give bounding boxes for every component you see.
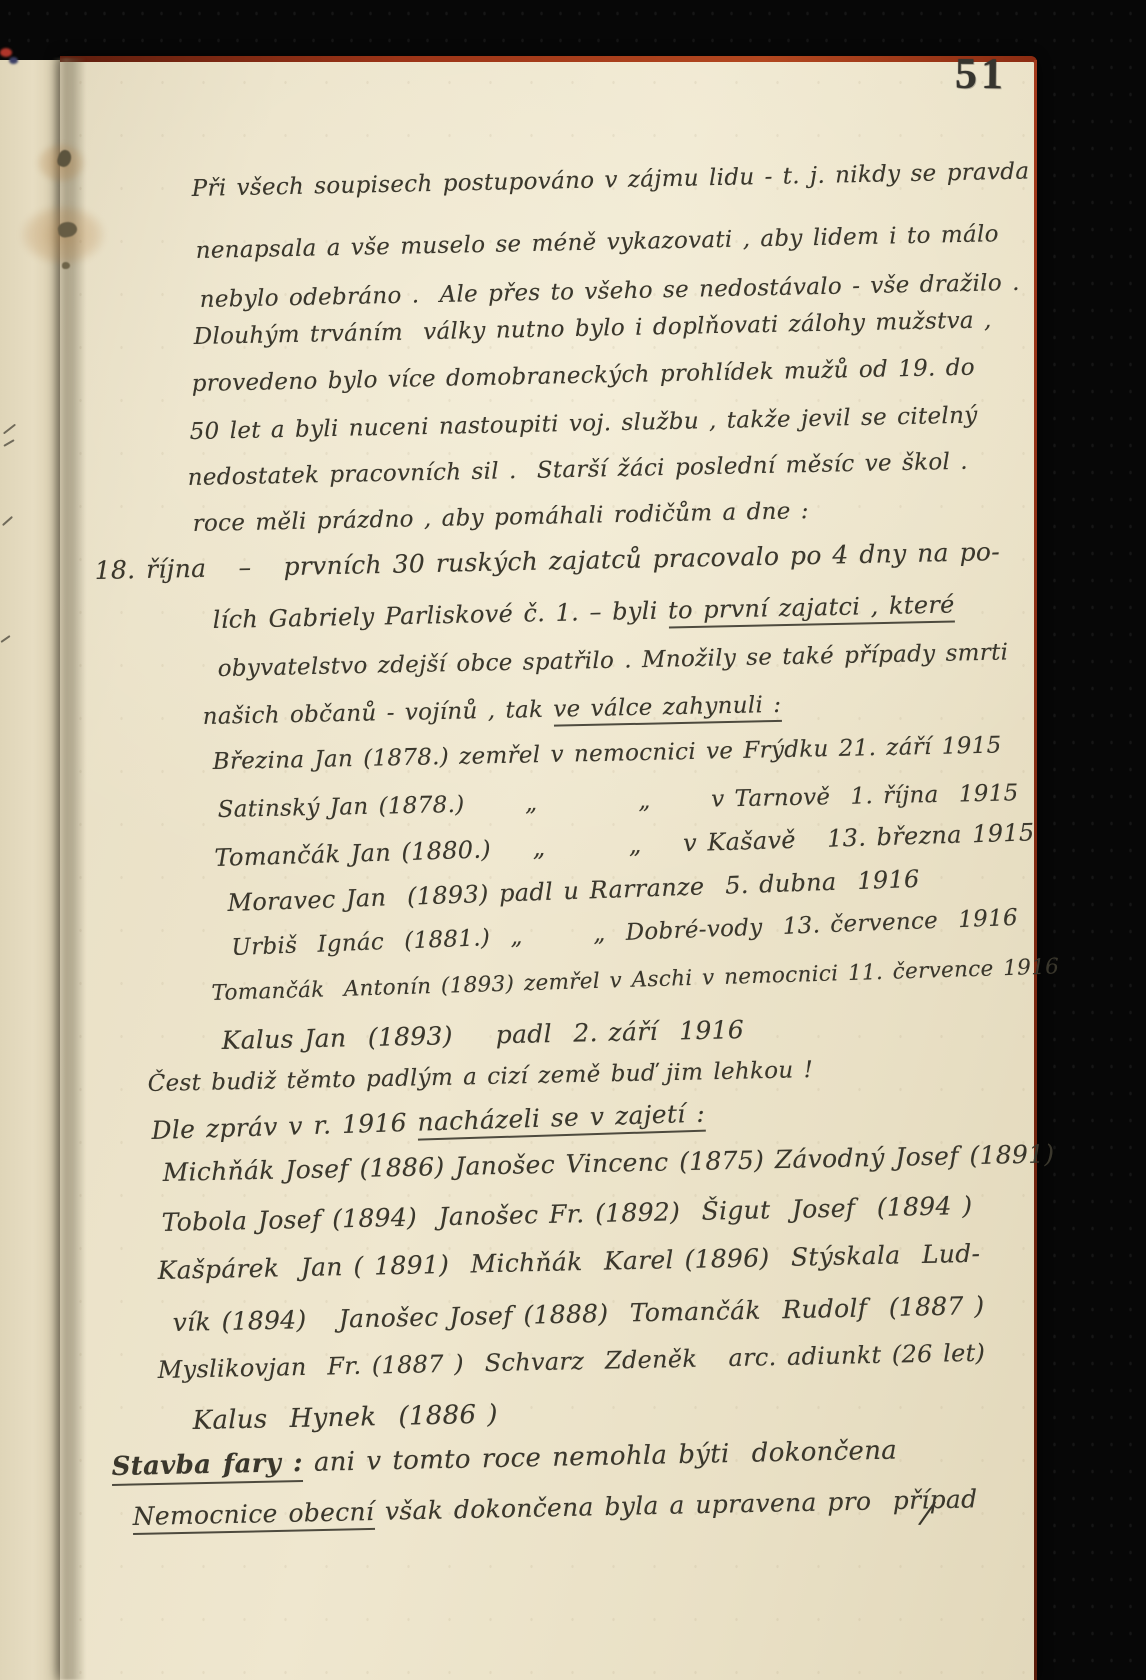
handwritten-line: 18. října – prvních 30 ruských zajatců p…	[94, 537, 1000, 585]
handwritten-line: Stavba fary : ani v tomto roce nemohla b…	[111, 1436, 897, 1482]
handwritten-segment: Dle zpráv v r. 1916	[151, 1108, 418, 1145]
handwritten-segment: nebylo odebráno . Ale přes to všeho se n…	[199, 270, 1019, 313]
handwritten-segment: nenapsala a vše muselo se méně vykazovat…	[195, 221, 999, 264]
handwritten-line: Kašpárek Jan ( 1891) Michňák Karel (1896…	[157, 1239, 980, 1285]
handwritten-line: Michňák Josef (1886) Janošec Vincenc (18…	[162, 1139, 1054, 1187]
handwritten-segment: Stavba fary :	[111, 1448, 303, 1486]
handwritten-line: Urbiš Ignác (1881.) „ „ Dobré-vody 13. č…	[231, 905, 1018, 961]
handwritten-line: Satinský Jan (1878.) „ „ v Tarnově 1. ří…	[217, 780, 1018, 823]
handwritten-line: Dlouhým trváním války nutno bylo i doplň…	[193, 307, 991, 350]
handwritten-segment: Tobola Josef (1894) Janošec Fr. (1892) Š…	[161, 1191, 972, 1237]
handwritten-line: Kalus Jan (1893) padl 2. září 1916	[221, 1015, 744, 1055]
handwritten-segment: 18. října – prvních 30 ruských zajatců p…	[94, 537, 1000, 585]
handwritten-segment: Tomančák Jan (1880.) „ „ v Kašavě 13. bř…	[214, 818, 1035, 872]
handwritten-segment: 50 let a byli nuceni nastoupiti voj. slu…	[189, 403, 977, 445]
handwritten-line: nenapsala a vše muselo se méně vykazovat…	[195, 221, 999, 264]
handwritten-segment: vík (1894) Janošec Josef (1888) Tomančák…	[172, 1291, 984, 1337]
handwritten-segment: Michňák Josef (1886) Janošec Vincenc (18…	[162, 1139, 1054, 1187]
handwritten-line: Dle zpráv v r. 1916 nacházeli se v zajet…	[151, 1099, 705, 1145]
scanned-book-photo: 51 Při všech soupisech postupováno v záj…	[0, 0, 1146, 1680]
handwritten-segment: roce měli prázdno , aby pomáhali rodičům…	[192, 498, 809, 537]
handwritten-line: Tomančák Jan (1880.) „ „ v Kašavě 13. bř…	[214, 818, 1035, 872]
handwritten-segment: provedeno bylo více domobraneckých prohl…	[191, 355, 975, 397]
handwritten-segment: Kalus Hynek (1886 )	[192, 1400, 498, 1436]
handwritten-line: Moravec Jan (1893) padl u Rarranze 5. du…	[227, 865, 920, 917]
handwritten-segment: ani v tomto roce nemohla býti dokončena	[303, 1436, 898, 1478]
handwritten-line: Březina Jan (1878.) zemřel v nemocnici v…	[212, 732, 1001, 775]
handwritten-segment: Moravec Jan (1893) padl u Rarranze 5. du…	[227, 865, 920, 917]
handwritten-line: Tomančák Antonín (1893) zemřel v Aschi v…	[211, 954, 1059, 1006]
handwritten-line: lích Gabriely Parliskové č. 1. – byli to…	[212, 590, 954, 634]
handwritten-line: Myslikovjan Fr. (1887 ) Schvarz Zdeněk a…	[157, 1339, 985, 1384]
handwritten-segment: Satinský Jan (1878.) „ „ v Tarnově 1. ří…	[217, 780, 1018, 823]
handwritten-line: 50 let a byli nuceni nastoupiti voj. slu…	[189, 403, 977, 445]
handwritten-line: provedeno bylo více domobraneckých prohl…	[191, 355, 975, 397]
handwritten-segment: Při všech soupisech postupováno v zájmu …	[191, 158, 1029, 202]
handwritten-segment: Březina Jan (1878.) zemřel v nemocnici v…	[212, 732, 1001, 775]
handwritten-line: Čest budiž těmto padlým a cizí země buď …	[147, 1057, 813, 1097]
handwritten-line: našich občanů - vojínů , tak ve válce za…	[202, 692, 781, 730]
handwritten-segment: obyvatelstvo zdejší obce spatřilo . Množ…	[217, 639, 1008, 682]
handwritten-line: nebylo odebráno . Ale přes to všeho se n…	[199, 270, 1019, 313]
handwritten-segment: ve válce zahynuli :	[553, 692, 782, 727]
handwritten-segment: Kalus Jan (1893) padl 2. září 1916	[221, 1015, 744, 1055]
handwritten-segment: našich občanů - vojínů , tak	[202, 697, 553, 730]
handwritten-line: Tobola Josef (1894) Janošec Fr. (1892) Š…	[161, 1191, 972, 1237]
handwritten-segment: Dlouhým trváním války nutno bylo i doplň…	[193, 307, 991, 350]
handwritten-segment: Čest budiž těmto padlým a cizí země buď …	[147, 1057, 813, 1097]
handwritten-segment: Tomančák Antonín (1893) zemřel v Aschi v…	[211, 954, 1059, 1006]
handwritten-line: Kalus Hynek (1886 )	[192, 1400, 498, 1436]
handwritten-segment: však dokončena byla a upravena pro přípa…	[374, 1484, 978, 1526]
handwritten-segment: Nemocnice obecní	[132, 1497, 374, 1535]
handwritten-segment: lích Gabriely Parliskové č. 1. – byli	[212, 596, 668, 634]
handwritten-line: nedostatek pracovních sil . Starší žáci …	[187, 449, 968, 491]
page-number-stamp: 51	[955, 48, 1008, 100]
handwritten-segment: Kašpárek Jan ( 1891) Michňák Karel (1896…	[157, 1239, 980, 1285]
handwritten-line: vík (1894) Janošec Josef (1888) Tomančák…	[172, 1291, 984, 1337]
handwritten-line: Nemocnice obecní však dokončena byla a u…	[132, 1484, 977, 1531]
handwritten-segment: Myslikovjan Fr. (1887 ) Schvarz Zdeněk a…	[157, 1339, 985, 1384]
handwritten-line: Při všech soupisech postupováno v zájmu …	[191, 158, 1029, 202]
handwritten-line: obyvatelstvo zdejší obce spatřilo . Množ…	[217, 639, 1008, 682]
handwritten-line: roce měli prázdno , aby pomáhali rodičům…	[192, 498, 809, 537]
handwritten-segment: Urbiš Ignác (1881.) „ „ Dobré-vody 13. č…	[231, 905, 1018, 961]
handwritten-segment: nedostatek pracovních sil . Starší žáci …	[187, 449, 968, 491]
handwritten-segment: nacházeli se v zajetí :	[417, 1099, 705, 1141]
handwritten-segment: to první zajatci , které	[668, 590, 955, 628]
handwritten-text-block: Při všech soupisech postupováno v zájmu …	[0, 0, 1146, 1680]
